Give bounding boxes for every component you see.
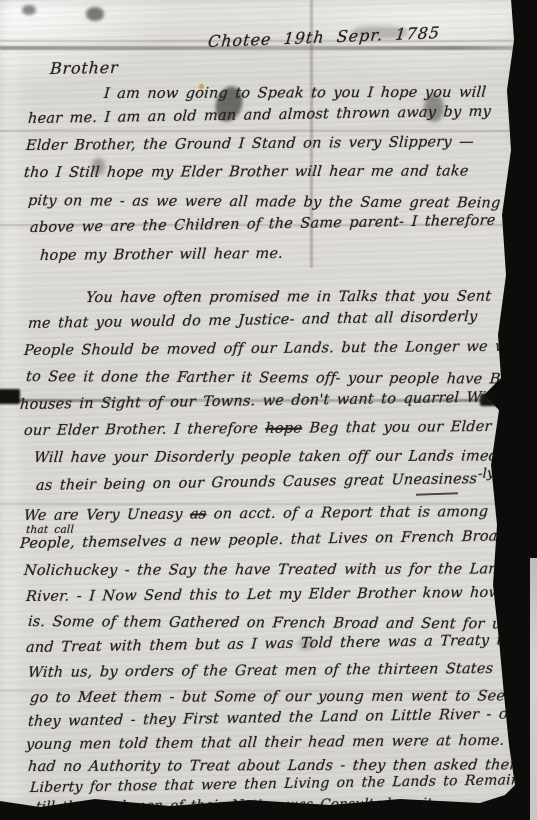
letter-line: tho I Still hope my Elder Brother will h… — [23, 162, 469, 182]
struck-word: hope — [265, 421, 303, 437]
salutation: Brother — [50, 59, 119, 78]
line-segment: our Elder Brother. I therefore — [24, 421, 266, 439]
line-segment: on acct. of a Report that is among the W… — [206, 503, 537, 522]
letter-line: I am now going to Speak to you I hope yo… — [103, 84, 487, 103]
letter-paper: Chotee 19th Sepr. 1785 Brother I am now … — [0, 0, 537, 820]
letter-line: go to Meet them - but Some of our young … — [29, 687, 537, 707]
letter-line: to See it done the Farther it Seems off-… — [25, 368, 526, 389]
letter-line: You have often promised me in Talks that… — [85, 288, 492, 307]
letter-line: Will have your Disorderly people taken o… — [33, 447, 527, 467]
letter-line: pity on me - as we were all made by the … — [27, 192, 501, 212]
struck-word: as — [189, 506, 206, 522]
letter-line: Nolichuckey - the Say the have Treated w… — [23, 560, 537, 580]
line-segment: Beg that you our Elder Brother — [302, 418, 537, 436]
manuscript-photo: Chotee 19th Sepr. 1785 Brother I am now … — [0, 0, 537, 820]
ink-smudge — [22, 5, 36, 15]
ink-smudge — [86, 7, 104, 21]
letter-line: hope my Brother will hear me. — [39, 245, 283, 265]
letter-line: is. Some of them Gathered on French Broa… — [27, 613, 537, 634]
letter-line: till the head men of their Nation was Co… — [35, 794, 458, 816]
fold-crease — [0, 130, 537, 132]
line-segment: We are Very Uneasy — [24, 507, 191, 524]
word-continuation: -ly — [478, 465, 495, 484]
backdrop-edge — [530, 558, 537, 820]
ink-smudge — [0, 389, 20, 404]
